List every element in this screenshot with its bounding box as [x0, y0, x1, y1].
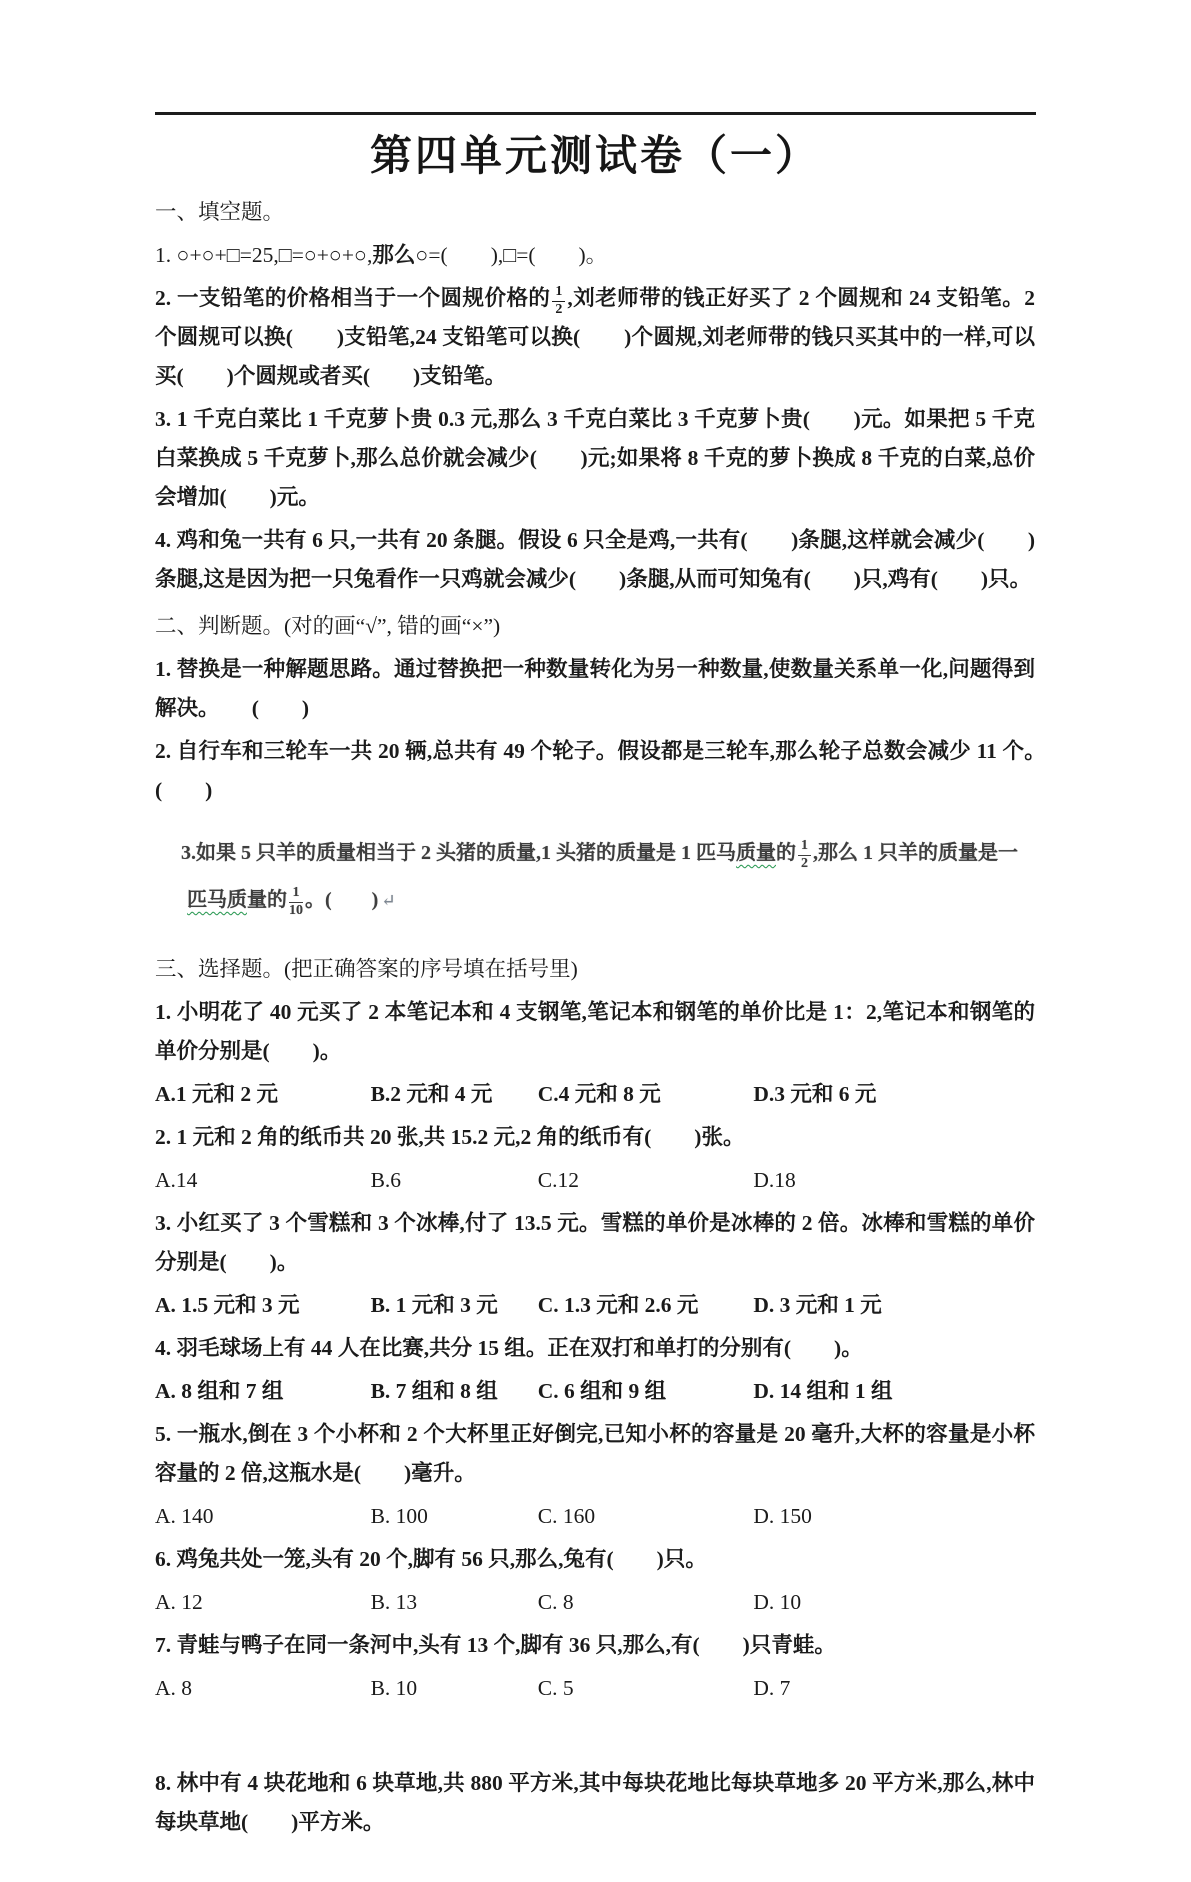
page-content: 第四单元测试卷（一） 一、填空题。 1. ○+○+□=25,□=○+○+○,那么…	[0, 131, 1191, 1882]
s3-question-5: 5. 一瓶水,倒在 3 个小杯和 2 个大杯里正好倒完,已知小杯的容量是 20 …	[155, 1415, 1035, 1493]
s2-q3-text-a: 3.如果 5 只羊的质量相当于 2 头猪的质量,1 头猪的质量是 1 匹马	[181, 842, 736, 864]
header-rule	[155, 112, 1036, 115]
s3-q1-option-d: D.3 元和 6 元	[753, 1075, 1035, 1114]
fraction-numerator: 1	[798, 839, 811, 856]
s1-question-2: 2. 一支铅笔的价格相当于一个圆规价格的12,刘老师带的钱正好买了 2 个圆规和…	[155, 279, 1035, 396]
s1-q1-blanks: ○=( ),□=( )。	[415, 243, 607, 267]
section3-heading: 三、选择题。(把正确答案的序号填在括号里)	[155, 950, 1035, 989]
s1-question-1: 1. ○+○+□=25,□=○+○+○,那么○=( ),□=( )。	[155, 236, 1035, 275]
s3-q3-option-d: D. 3 元和 1 元	[753, 1286, 1035, 1325]
s3-q5-option-b: B. 100	[371, 1497, 538, 1536]
fraction-one-half: 12	[552, 285, 565, 317]
s3-q2-option-d: D.18	[753, 1161, 1035, 1200]
s3-q1-option-c: C.4 元和 8 元	[538, 1075, 754, 1114]
s3-q6-options: A. 12 B. 13 C. 8 D. 10	[155, 1583, 1035, 1622]
s3-q4-option-c: C. 6 组和 9 组	[538, 1372, 754, 1411]
s3-q5-option-d: D. 150	[753, 1497, 1035, 1536]
section2-heading: 二、判断题。(对的画“√”, 错的画“×”)	[155, 607, 1035, 646]
s3-q2-option-b: B.6	[371, 1161, 538, 1200]
s3-q5-options: A. 140 B. 100 C. 160 D. 150	[155, 1497, 1035, 1536]
s2-q3-text-b: 的	[776, 842, 796, 864]
s3-q5-option-a: A. 140	[155, 1497, 371, 1536]
s3-q5-option-c: C. 160	[538, 1497, 754, 1536]
s2-q3-wavy-underline-text: 质量	[736, 842, 776, 864]
s3-q7-option-b: B. 10	[371, 1669, 538, 1708]
s2-q3-text-d: 量的	[247, 889, 287, 911]
test-paper-page: 第四单元测试卷（一） 一、填空题。 1. ○+○+□=25,□=○+○+○,那么…	[0, 0, 1191, 1882]
s3-q1-option-b: B.2 元和 4 元	[371, 1075, 538, 1114]
s3-q7-option-a: A. 8	[155, 1669, 371, 1708]
section1-heading: 一、填空题。	[155, 193, 1035, 232]
s3-q6-option-d: D. 10	[753, 1583, 1035, 1622]
s3-q3-option-b: B. 1 元和 3 元	[371, 1286, 538, 1325]
s3-q6-option-a: A. 12	[155, 1583, 371, 1622]
s2-question-3-scanned-block: 3.如果 5 只羊的质量相当于 2 头猪的质量,1 头猪的质量是 1 匹马质量的…	[155, 830, 1035, 924]
fraction-denominator: 2	[552, 302, 565, 318]
s1-q1-bold-text: 那么	[372, 243, 415, 267]
s2-q3-line1: 3.如果 5 只羊的质量相当于 2 头猪的质量,1 头猪的质量是 1 匹马质量的…	[155, 830, 1035, 877]
s3-q7-option-c: C. 5	[538, 1669, 754, 1708]
s3-q7-options: A. 8 B. 10 C. 5 D. 7	[155, 1669, 1035, 1708]
s3-question-8: 8. 林中有 4 块花地和 6 块草地,共 880 平方米,其中每块花地比每块草…	[155, 1764, 1035, 1842]
s3-q2-option-c: C.12	[538, 1161, 754, 1200]
s1-q2-text-pre: 2. 一支铅笔的价格相当于一个圆规价格的	[155, 286, 550, 310]
s3-q1-option-a: A.1 元和 2 元	[155, 1075, 371, 1114]
s3-question-7: 7. 青蛙与鸭子在同一条河中,头有 13 个,脚有 36 只,那么,有( )只青…	[155, 1626, 1035, 1665]
s3-q4-option-b: B. 7 组和 8 组	[371, 1372, 538, 1411]
s3-q6-option-c: C. 8	[538, 1583, 754, 1622]
s3-q6-option-b: B. 13	[371, 1583, 538, 1622]
s2-q3-line2: 匹马质量的110。( )↵	[155, 877, 1035, 924]
s3-q4-option-d: D. 14 组和 1 组	[753, 1372, 1035, 1411]
s3-question-2: 2. 1 元和 2 角的纸币共 20 张,共 15.2 元,2 角的纸币有( )…	[155, 1118, 1035, 1157]
s1-question-4: 4. 鸡和兔一共有 6 只,一共有 20 条腿。假设 6 只全是鸡,一共有( )…	[155, 521, 1035, 599]
fraction-one-half: 12	[798, 839, 811, 871]
return-mark-icon: ↵	[381, 891, 395, 910]
fraction-numerator: 1	[289, 886, 303, 903]
s3-q1-options: A.1 元和 2 元 B.2 元和 4 元 C.4 元和 8 元 D.3 元和 …	[155, 1075, 1035, 1114]
s2-question-1: 1. 替换是一种解题思路。通过替换把一种数量转化为另一种数量,使数量关系单一化,…	[155, 650, 1035, 728]
s2-q3-wavy-underline-text: 匹马质	[187, 889, 247, 911]
s3-question-6: 6. 鸡兔共处一笼,头有 20 个,脚有 56 只,那么,兔有( )只。	[155, 1540, 1035, 1579]
fraction-denominator: 2	[798, 856, 811, 872]
fraction-numerator: 1	[552, 285, 565, 302]
s3-question-3: 3. 小红买了 3 个雪糕和 3 个冰棒,付了 13.5 元。雪糕的单价是冰棒的…	[155, 1204, 1035, 1282]
page-title: 第四单元测试卷（一）	[155, 131, 1035, 183]
s3-q3-option-c: C. 1.3 元和 2.6 元	[538, 1286, 754, 1325]
s1-question-3: 3. 1 千克白菜比 1 千克萝卜贵 0.3 元,那么 3 千克白菜比 3 千克…	[155, 400, 1035, 517]
fraction-one-tenth: 110	[289, 886, 303, 918]
s3-question-4: 4. 羽毛球场上有 44 人在比赛,共分 15 组。正在双打和单打的分别有( )…	[155, 1329, 1035, 1368]
s2-q3-text-c: ,那么 1 只羊的质量是一	[813, 842, 1018, 864]
s3-question-1: 1. 小明花了 40 元买了 2 本笔记本和 4 支钢笔,笔记本和钢笔的单价比是…	[155, 993, 1035, 1071]
s3-q2-option-a: A.14	[155, 1161, 371, 1200]
s3-q4-options: A. 8 组和 7 组 B. 7 组和 8 组 C. 6 组和 9 组 D. 1…	[155, 1372, 1035, 1411]
s3-q3-options: A. 1.5 元和 3 元 B. 1 元和 3 元 C. 1.3 元和 2.6 …	[155, 1286, 1035, 1325]
s2-question-2: 2. 自行车和三轮车一共 20 辆,总共有 49 个轮子。假设都是三轮车,那么轮…	[155, 732, 1035, 810]
fraction-denominator: 10	[289, 903, 303, 919]
s1-q1-text: 1. ○+○+□=25,□=○+○+○,	[155, 243, 372, 267]
s2-q3-blank: 。( )	[305, 889, 378, 911]
s3-q3-option-a: A. 1.5 元和 3 元	[155, 1286, 371, 1325]
s3-q2-options: A.14 B.6 C.12 D.18	[155, 1161, 1035, 1200]
s3-q7-option-d: D. 7	[753, 1669, 1035, 1708]
s3-q4-option-a: A. 8 组和 7 组	[155, 1372, 371, 1411]
